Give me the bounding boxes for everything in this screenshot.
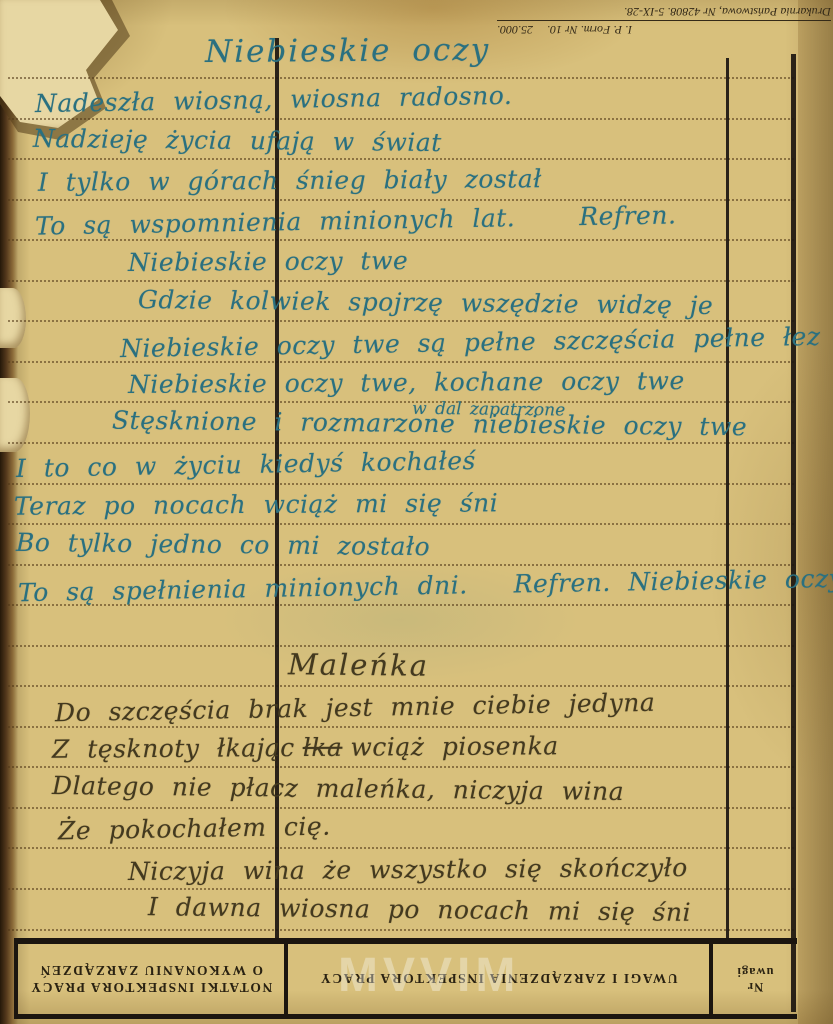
- handwritten-line: Że pokochałem cię.: [58, 812, 331, 847]
- line-text: wciąż piosenka: [350, 731, 558, 761]
- handwritten-line: Niebieskie oczy twe są pełne szczęścia p…: [120, 322, 821, 364]
- inserted-words-above-line: w dal zapatrzone: [412, 394, 565, 426]
- ruled-line: [8, 118, 794, 120]
- ruled-line: [8, 280, 794, 282]
- handwritten-line: To są wspomnienia minionych lat.Refren.: [35, 200, 677, 241]
- handwritten-line: Teraz po nocach wciąż mi się śni: [14, 488, 498, 521]
- handwritten-line: I to co w życiu kiedyś kochałeś: [16, 446, 476, 484]
- song-title: Niebieskie oczy: [205, 35, 490, 67]
- ruled-line: [8, 523, 794, 525]
- handwritten-line: Niczyja wina że wszystko się skończyło: [128, 853, 688, 887]
- torn-edge-fragment: [0, 288, 26, 348]
- refrain-marker: Refren. Niebieskie oczy: [513, 564, 833, 599]
- handwritten-line: To są spełnienia minionych dni.Refren. N…: [18, 564, 833, 608]
- crossed-out-word: łka: [303, 733, 343, 762]
- handwritten-line: I tylko w górach śnieg biały został: [38, 164, 542, 198]
- page-border-line: [791, 54, 796, 1012]
- ruled-line: [8, 807, 794, 809]
- line-text: To są spełnienia minionych dni.: [18, 570, 468, 607]
- ruled-line: [8, 847, 794, 849]
- ruled-line: [8, 401, 794, 403]
- print-run: 25.000.: [497, 22, 533, 37]
- ruled-line: [8, 564, 794, 566]
- ruled-line: [8, 888, 794, 890]
- ruled-line: [8, 685, 794, 687]
- footer-notes-line1: NOTATKI INSPEKTORA PRACY: [30, 979, 272, 996]
- handwritten-line: Bo tylko jedno co mi zostało: [16, 528, 430, 562]
- ruled-line: [8, 929, 794, 931]
- line-text: Z tęsknoty łkając: [52, 733, 295, 764]
- form-number-row: I. P. Form. Nr 10. 25.000.: [497, 20, 831, 37]
- handwritten-line: Gdzie kolwiek spojrzę wszędzie widzę je: [138, 285, 714, 321]
- handwritten-line: Do szczęścia brak jest mnie ciebie jedyn…: [55, 688, 656, 728]
- song-title: Maleńka: [288, 649, 429, 680]
- footer-number-line2: uwagi: [737, 964, 774, 979]
- form-number: I. P. Form. Nr 10.: [547, 22, 632, 37]
- handwritten-line: Nadeszła wiosną, wiosna radosno.: [35, 81, 513, 119]
- footer-notes-cell: NOTATKI INSPEKTORA PRACY O WYKONANIU ZAR…: [18, 944, 284, 1014]
- refrain-marker: Refren.: [579, 200, 677, 231]
- torn-edge-fragment: [0, 378, 30, 452]
- printed-form-header: I. P. Form. Nr 10. 25.000. Drukarnia Pań…: [497, 4, 831, 37]
- scanned-notebook-page: I. P. Form. Nr 10. 25.000. Drukarnia Pań…: [0, 0, 833, 1024]
- column-divider-line: [726, 58, 729, 940]
- handwritten-line: Niebieskie oczy twe: [128, 246, 408, 278]
- handwritten-line: I dawna wiosna po nocach mi się śni: [148, 892, 691, 928]
- printer-imprint: Drukarnia Państwowa, Nr 42808. 5-IX-28.: [497, 4, 831, 20]
- handwritten-line: Dlatego nie płacz maleńka, niczyja wina: [52, 771, 624, 807]
- footer-number-cell: Nr uwagi: [713, 944, 797, 1014]
- footer-number-line1: Nr: [747, 979, 764, 994]
- handwritten-line: Nadzieję życia ufają w świat: [33, 124, 442, 158]
- ruled-line: [8, 77, 794, 79]
- footer-notes-line2: O WYKONANIU ZARZĄDZEŃ: [39, 962, 263, 979]
- handwritten-line: w dal zapatrzone Stęsknione i rozmarzone…: [112, 406, 747, 443]
- ruled-line: [8, 442, 794, 444]
- ruled-line: [8, 645, 794, 647]
- ruled-line: [8, 766, 794, 768]
- ruled-line: [8, 158, 794, 160]
- page-edge-margin: [798, 0, 833, 1024]
- handwritten-line: Niebieskie oczy twe, kochane oczy twe: [128, 366, 685, 400]
- ruled-line: [8, 483, 794, 485]
- archive-watermark: MVVIM: [338, 948, 520, 1003]
- handwritten-line: Z tęsknoty łkającłkawciąż piosenka: [52, 731, 559, 765]
- line-text: To są wspomnienia minionych lat.: [35, 203, 516, 240]
